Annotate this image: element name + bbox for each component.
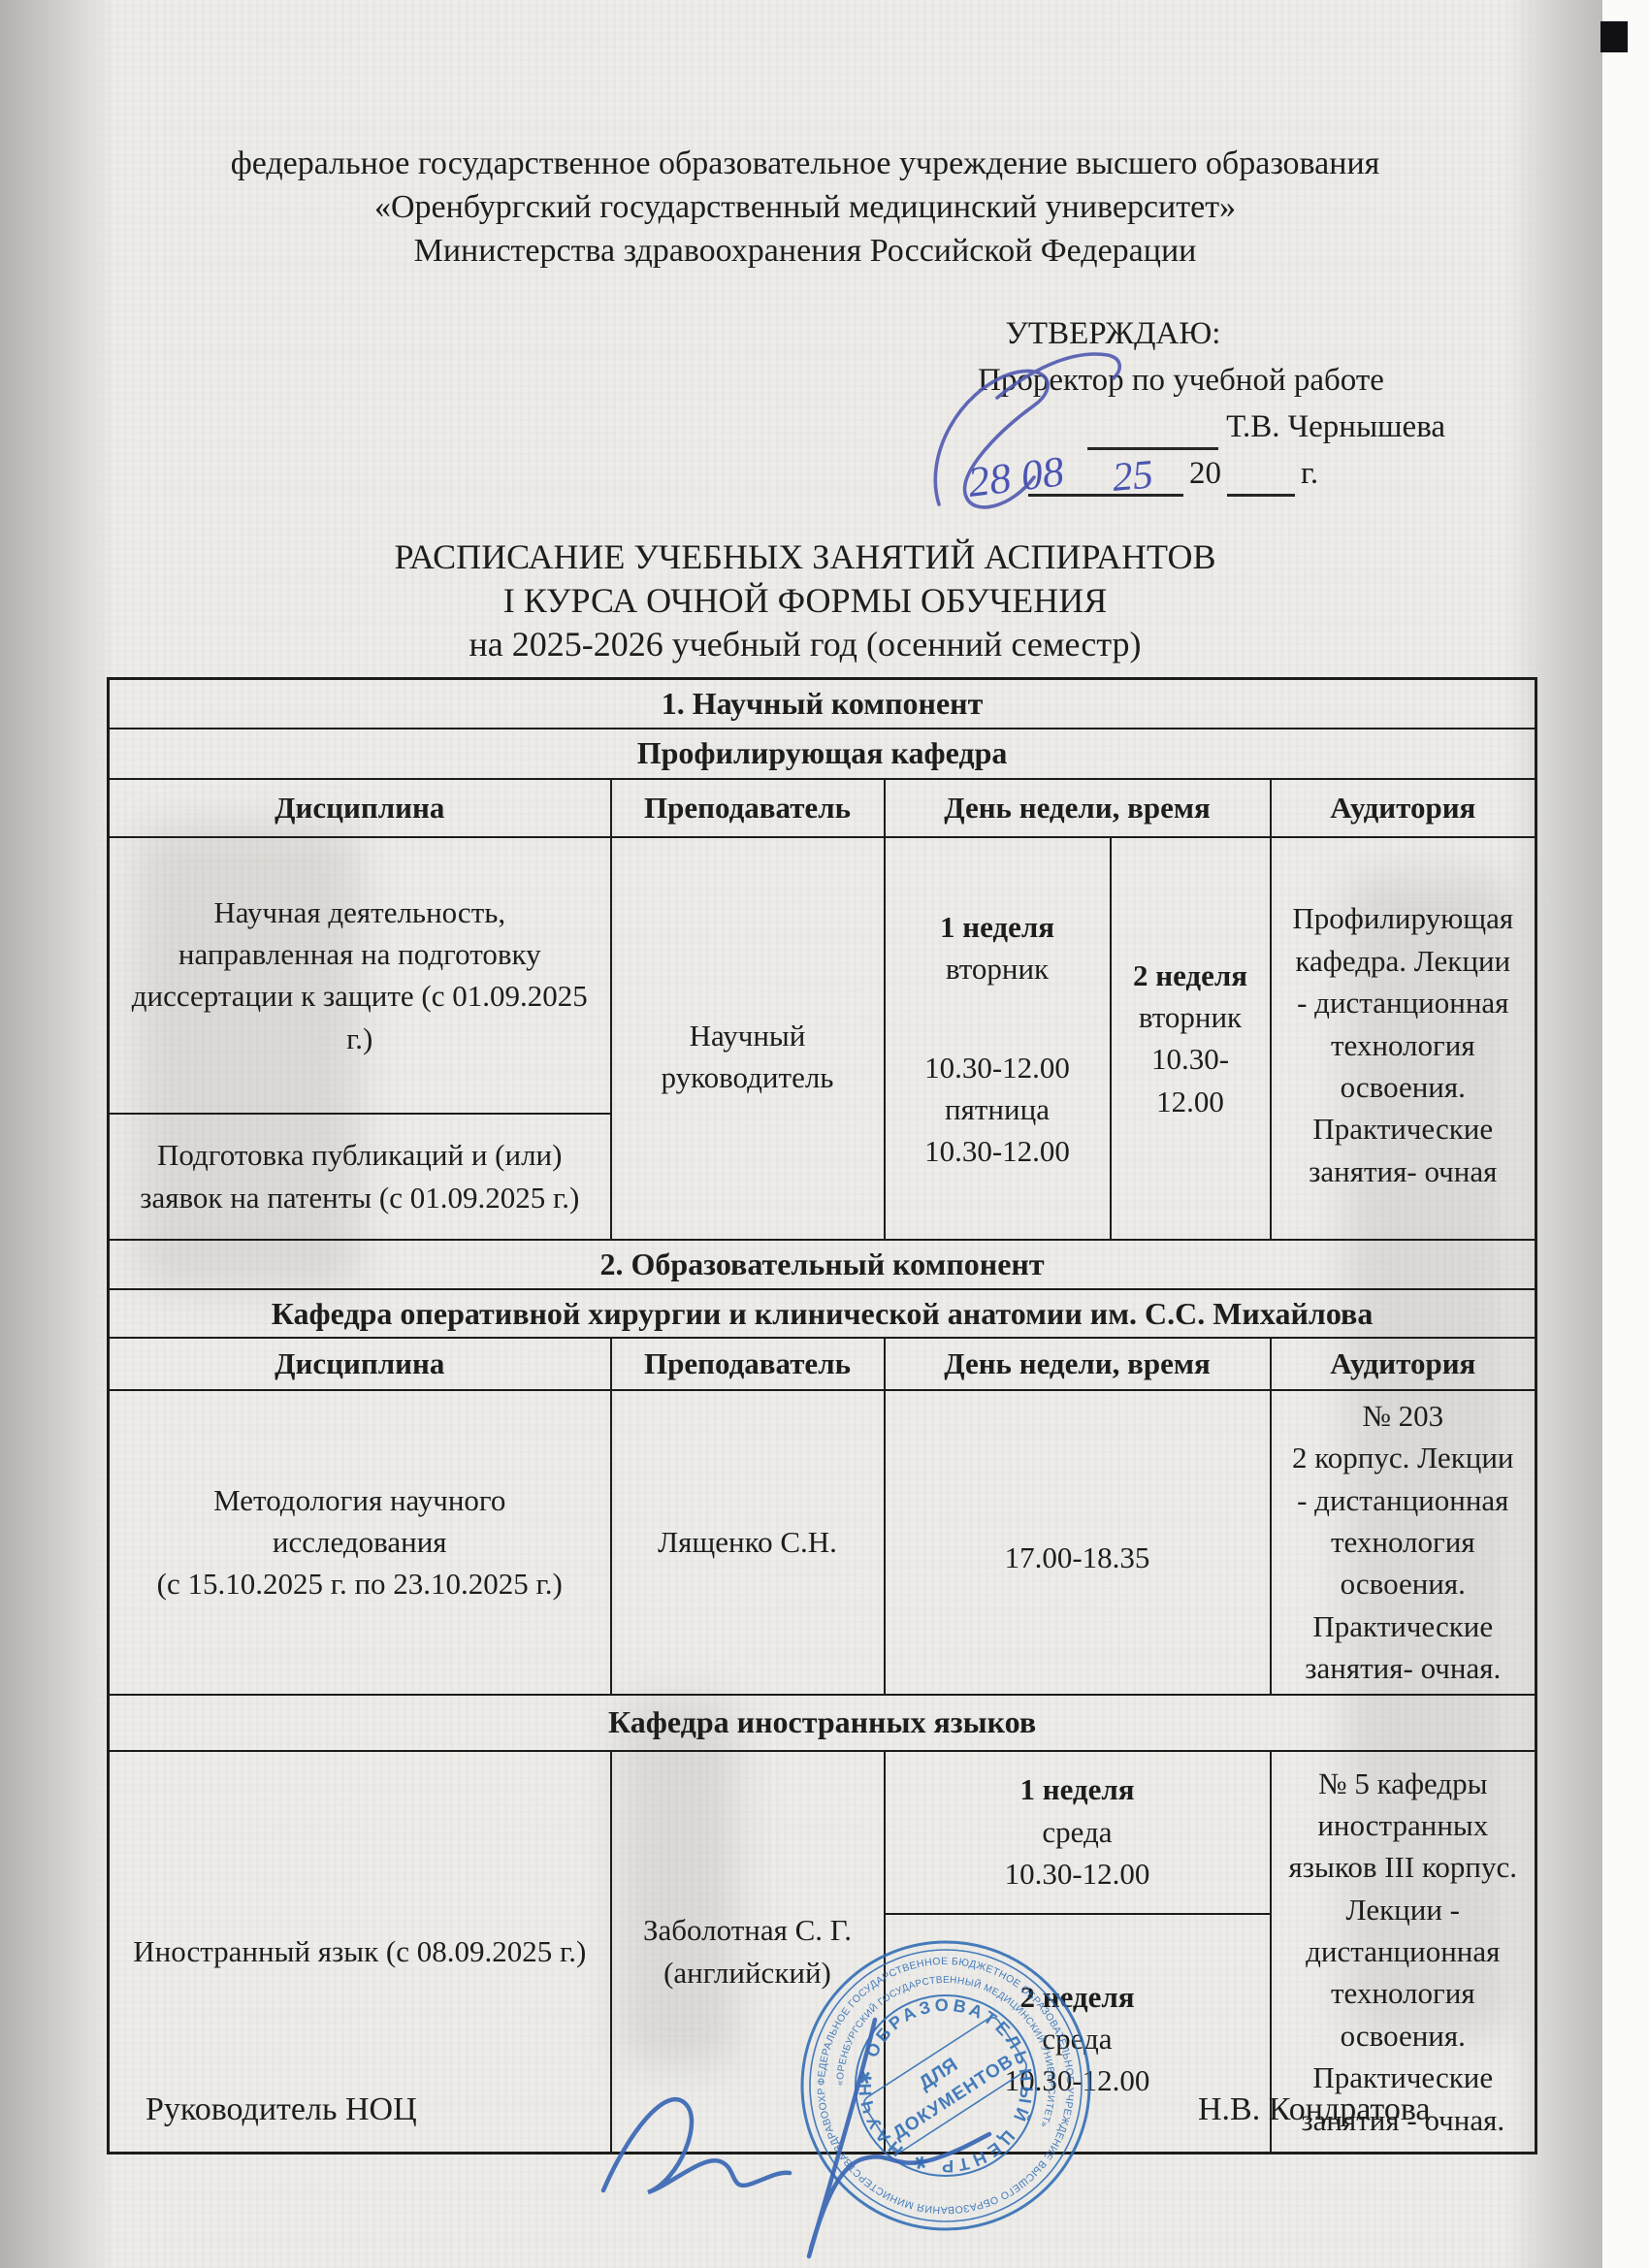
week1-day: среда: [901, 1811, 1254, 1853]
cell-science-room: Профилирующая кафедра. Лекции - дистанци…: [1271, 837, 1536, 1240]
title-line-2: I КУРСА ОЧНОЙ ФОРМЫ ОБУЧЕНИЯ: [0, 579, 1610, 623]
document-title: РАСПИСАНИЕ УЧЕБНЫХ ЗАНЯТИЙ АСПИРАНТОВ I …: [0, 535, 1610, 666]
org-header: федеральное государственное образователь…: [0, 142, 1610, 273]
dept1-title: Профилирующая кафедра: [109, 729, 1536, 779]
methodology-room-number: № 203: [1287, 1395, 1520, 1437]
methodology-discipline-name: Методология научного исследования: [125, 1479, 595, 1564]
year-suffix: г.: [1301, 450, 1318, 497]
section-row-science: 1. Научный компонент: [109, 679, 1536, 729]
dept-row-languages: Кафедра иностранных языков: [109, 1695, 1536, 1751]
week1-day2: пятница: [901, 1088, 1094, 1130]
row-science-activity: Научная деятельность, направленная на по…: [109, 837, 1536, 1114]
title-line-3: на 2025-2026 учебный год (осенний семест…: [0, 623, 1610, 666]
week2-day: среда: [901, 2018, 1254, 2059]
col-header-daytime: День недели, время: [885, 779, 1271, 837]
language-teacher-subject: (английский): [628, 1952, 868, 1993]
dept-row-surgery: Кафедра оперативной хирургии и клиническ…: [109, 1289, 1536, 1339]
org-line-3: Министерства здравоохранения Российской …: [0, 229, 1610, 273]
cell-publications-discipline: Подготовка публикаций и (или) заявок на …: [109, 1114, 611, 1240]
methodology-discipline-dates: (с 15.10.2025 г. по 23.10.2025 г.): [125, 1563, 595, 1604]
cell-science-week2: 2 неделя вторник 10.30-12.00: [1111, 837, 1271, 1240]
week1-time2: 10.30-12.00: [901, 1130, 1094, 1172]
scan-edge-white: [1602, 0, 1649, 2268]
approve-date-line: 20 г.: [1028, 450, 1445, 497]
col-header-daytime: День недели, время: [885, 1338, 1271, 1389]
col-header-room: Аудитория: [1271, 1338, 1536, 1389]
week1-label: 1 неделя: [901, 906, 1094, 948]
scan-corner-mark: [1600, 21, 1628, 52]
org-line-2: «Оренбургский государственный медицински…: [0, 185, 1610, 229]
title-line-1: РАСПИСАНИЕ УЧЕБНЫХ ЗАНЯТИЙ АСПИРАНТОВ: [0, 535, 1610, 579]
org-line-1: федеральное государственное образователь…: [0, 142, 1610, 185]
section1-title: 1. Научный компонент: [109, 679, 1536, 729]
footer-name: Н.В. Кондратова: [1198, 2091, 1431, 2128]
schedule-table: 1. Научный компонент Профилирующая кафед…: [107, 677, 1537, 2155]
scan-edge-left: [0, 0, 114, 2268]
section2-title: 2. Образовательный компонент: [109, 1240, 1536, 1289]
row-language-week1: Иностранный язык (с 08.09.2025 г.) Забол…: [109, 1751, 1536, 1914]
scanned-document-page: федеральное государственное образователь…: [0, 0, 1649, 2268]
col-header-teacher: Преподаватель: [611, 1338, 885, 1389]
week1-label: 1 неделя: [901, 1768, 1254, 1810]
cell-science-discipline: Научная деятельность, направленная на по…: [109, 837, 611, 1114]
cell-methodology-teacher: Лященко С.Н.: [611, 1390, 885, 1695]
col-header-discipline: Дисциплина: [109, 1338, 611, 1389]
week2-label: 2 неделя: [901, 1976, 1254, 2018]
col-header-teacher: Преподаватель: [611, 779, 885, 837]
approval-block: УТВЕРЖДАЮ: Проректор по учебной работе Т…: [917, 310, 1445, 497]
cell-methodology-time: 17.00-18.35: [885, 1390, 1271, 1695]
cell-methodology-discipline: Методология научного исследования (с 15.…: [109, 1390, 611, 1695]
date-line: [1028, 459, 1183, 497]
week1-time1: 10.30-12.00: [901, 1047, 1094, 1088]
row-methodology: Методология научного исследования (с 15.…: [109, 1390, 1536, 1695]
week2-time: 10.30-12.00: [1119, 1038, 1262, 1122]
year-line: [1227, 459, 1295, 497]
week2-day: вторник: [1119, 996, 1262, 1038]
header-row-1: Дисциплина Преподаватель День недели, вр…: [109, 779, 1536, 837]
dept3-title: Кафедра иностранных языков: [109, 1695, 1536, 1751]
approve-name-line: Т.В. Чернышева: [917, 404, 1445, 450]
cell-language-week1: 1 неделя среда 10.30-12.00: [885, 1751, 1271, 1914]
dept2-title: Кафедра оперативной хирургии и клиническ…: [109, 1289, 1536, 1339]
footer-role: Руководитель НОЦ: [145, 2091, 417, 2128]
cell-language-teacher: Заболотная С. Г. (английский): [611, 1751, 885, 2154]
header-row-2: Дисциплина Преподаватель День недели, вр…: [109, 1338, 1536, 1389]
cell-science-week1: 1 неделя вторник 10.30-12.00 пятница 10.…: [885, 837, 1111, 1240]
col-header-discipline: Дисциплина: [109, 779, 611, 837]
cell-methodology-room: № 203 2 корпус. Лекции - дистанционная т…: [1271, 1390, 1536, 1695]
approve-heading: УТВЕРЖДАЮ:: [917, 310, 1309, 357]
week2-label: 2 неделя: [1119, 955, 1262, 996]
approve-name: Т.В. Чернышева: [1226, 404, 1445, 450]
approve-role: Проректор по учебной работе: [917, 357, 1445, 404]
language-teacher-name: Заболотная С. Г.: [628, 1909, 868, 1951]
week1-day1: вторник: [901, 948, 1094, 989]
methodology-room-details: 2 корпус. Лекции - дистанционная техноло…: [1287, 1437, 1520, 1689]
year-prefix: 20: [1189, 450, 1221, 497]
signature-line: [1087, 412, 1218, 450]
col-header-room: Аудитория: [1271, 779, 1536, 837]
cell-science-teacher: Научный руководитель: [611, 837, 885, 1240]
dept-row-profiling: Профилирующая кафедра: [109, 729, 1536, 779]
week1-time: 10.30-12.00: [901, 1853, 1254, 1895]
section-row-education: 2. Образовательный компонент: [109, 1240, 1536, 1289]
